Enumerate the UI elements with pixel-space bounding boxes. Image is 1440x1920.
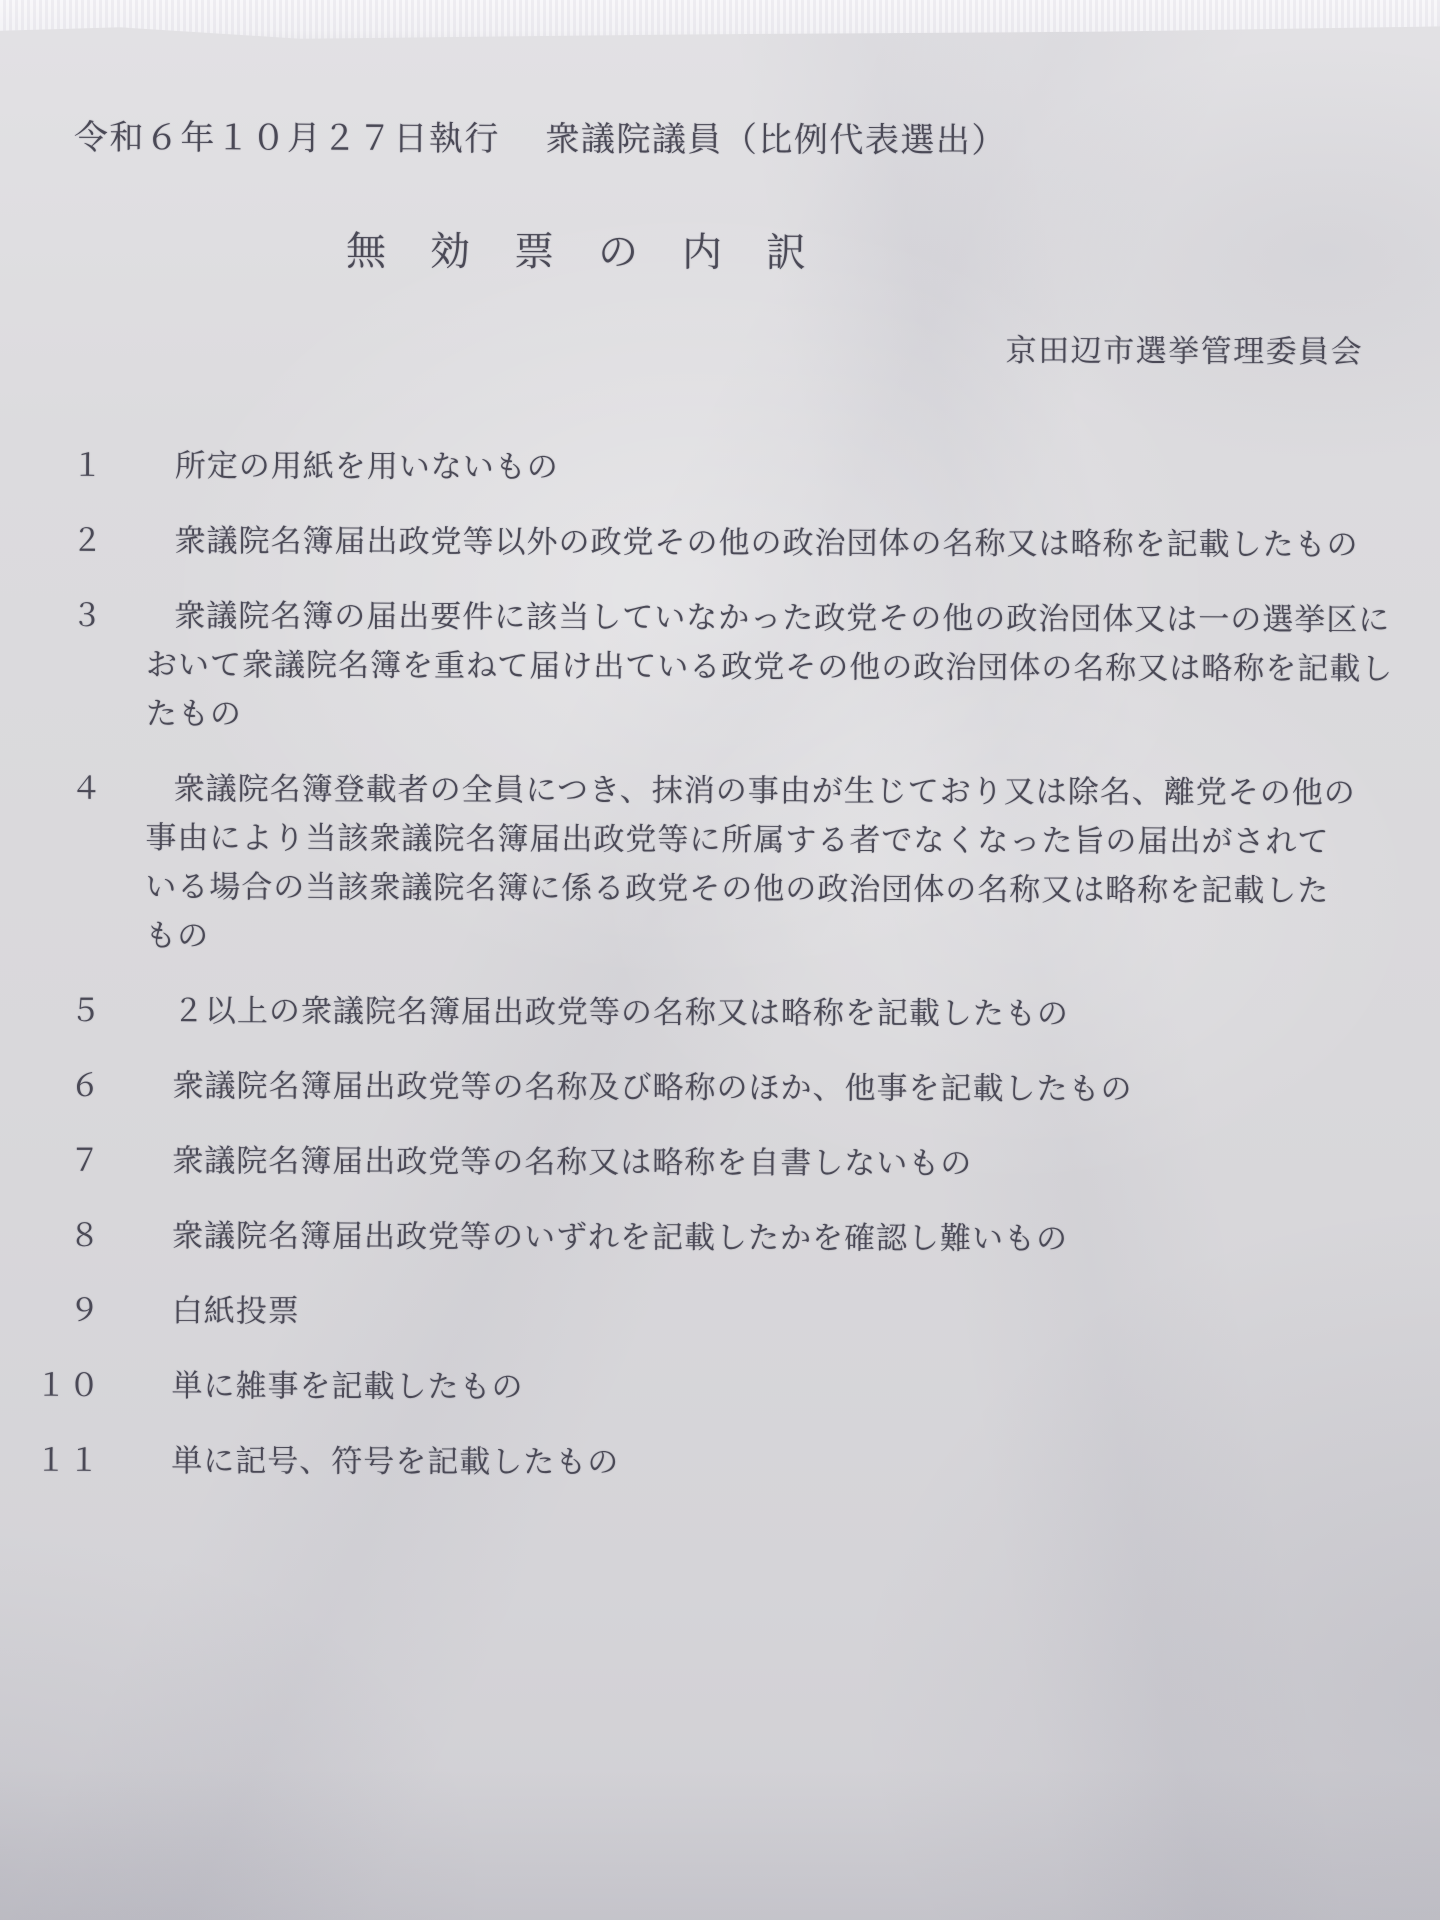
item-text: 単に雑事を記載したもの: [143, 1361, 1395, 1414]
item-text: 衆議院名簿の届出要件に該当していなかった政党その他の政治団体又は一の選挙区に お…: [146, 591, 1399, 742]
document-content: 令和６年１０月２７日執行 衆議院議員（比例代表選出） 無 効 票 の 内 訳 京…: [0, 109, 1440, 1489]
item-number: １０: [0, 1360, 102, 1409]
item-number: ７: [0, 1135, 102, 1184]
list-item: ８ 衆議院名簿届出政党等のいずれを記載したかを確認し難いもの: [0, 1210, 1396, 1264]
list-item: １ 所定の用紙を用いないもの: [0, 440, 1399, 494]
item-text: 白紙投票: [144, 1286, 1396, 1339]
document-title: 無 効 票 の 内 訳: [0, 218, 1155, 279]
item-list: １ 所定の用紙を用いないもの ２ 衆議院名簿届出政党等以外の政党その他の政治団体…: [0, 440, 1439, 1489]
item-number: ５: [0, 985, 103, 1034]
list-item: １０ 単に雑事を記載したもの: [0, 1360, 1396, 1414]
document-header: 令和６年１０月２７日執行 衆議院議員（比例代表選出）: [74, 110, 1440, 164]
item-text: ２以上の衆議院名簿届出政党等の名称又は略称を記載したもの: [145, 986, 1397, 1039]
item-text: 単に記号、符号を記載したもの: [143, 1436, 1395, 1489]
list-item: １１ 単に記号、符号を記載したもの: [0, 1435, 1395, 1489]
list-item: ２ 衆議院名簿届出政党等以外の政党その他の政治団体の名称又は略称を記載したもの: [0, 515, 1399, 569]
issuer-name: 京田辺市選挙管理委員会: [0, 321, 1439, 371]
list-item: ５ ２以上の衆議院名簿届出政党等の名称又は略称を記載したもの: [0, 985, 1397, 1039]
list-item: ７ 衆議院名簿届出政党等の名称又は略称を自書しないもの: [0, 1135, 1396, 1189]
item-number: ３: [0, 590, 104, 639]
item-text: 衆議院名簿届出政党等の名称及び略称のほか、他事を記載したもの: [145, 1061, 1397, 1114]
item-number: ２: [0, 515, 105, 564]
item-number: ９: [0, 1285, 102, 1334]
item-number: １１: [0, 1435, 101, 1484]
list-item: ３ 衆議院名簿の届出要件に該当していなかった政党その他の政治団体又は一の選挙区に…: [0, 590, 1398, 742]
item-text: 所定の用紙を用いないもの: [147, 441, 1399, 494]
item-text: 衆議院名簿届出政党等のいずれを記載したかを確認し難いもの: [144, 1211, 1396, 1264]
document-photo: 令和６年１０月２７日執行 衆議院議員（比例代表選出） 無 効 票 の 内 訳 京…: [0, 0, 1440, 1920]
item-number: ８: [0, 1210, 102, 1259]
list-item: ４ 衆議院名簿登載者の全員につき、抹消の事由が生じており又は除名、離党その他の …: [0, 763, 1398, 964]
item-number: ４: [0, 763, 104, 812]
item-text: 衆議院名簿届出政党等の名称又は略称を自書しないもの: [144, 1136, 1396, 1189]
list-item: ６ 衆議院名簿届出政党等の名称及び略称のほか、他事を記載したもの: [0, 1060, 1397, 1114]
item-text: 衆議院名簿届出政党等以外の政党その他の政治団体の名称又は略称を記載したもの: [146, 516, 1398, 569]
paper-sheet: 令和６年１０月２７日執行 衆議院議員（比例代表選出） 無 効 票 の 内 訳 京…: [0, 26, 1440, 1920]
item-text: 衆議院名簿登載者の全員につき、抹消の事由が生じており又は除名、離党その他の 事由…: [145, 764, 1398, 964]
list-item: ９ 白紙投票: [0, 1285, 1396, 1339]
item-number: ６: [0, 1060, 103, 1109]
item-number: １: [0, 440, 105, 489]
